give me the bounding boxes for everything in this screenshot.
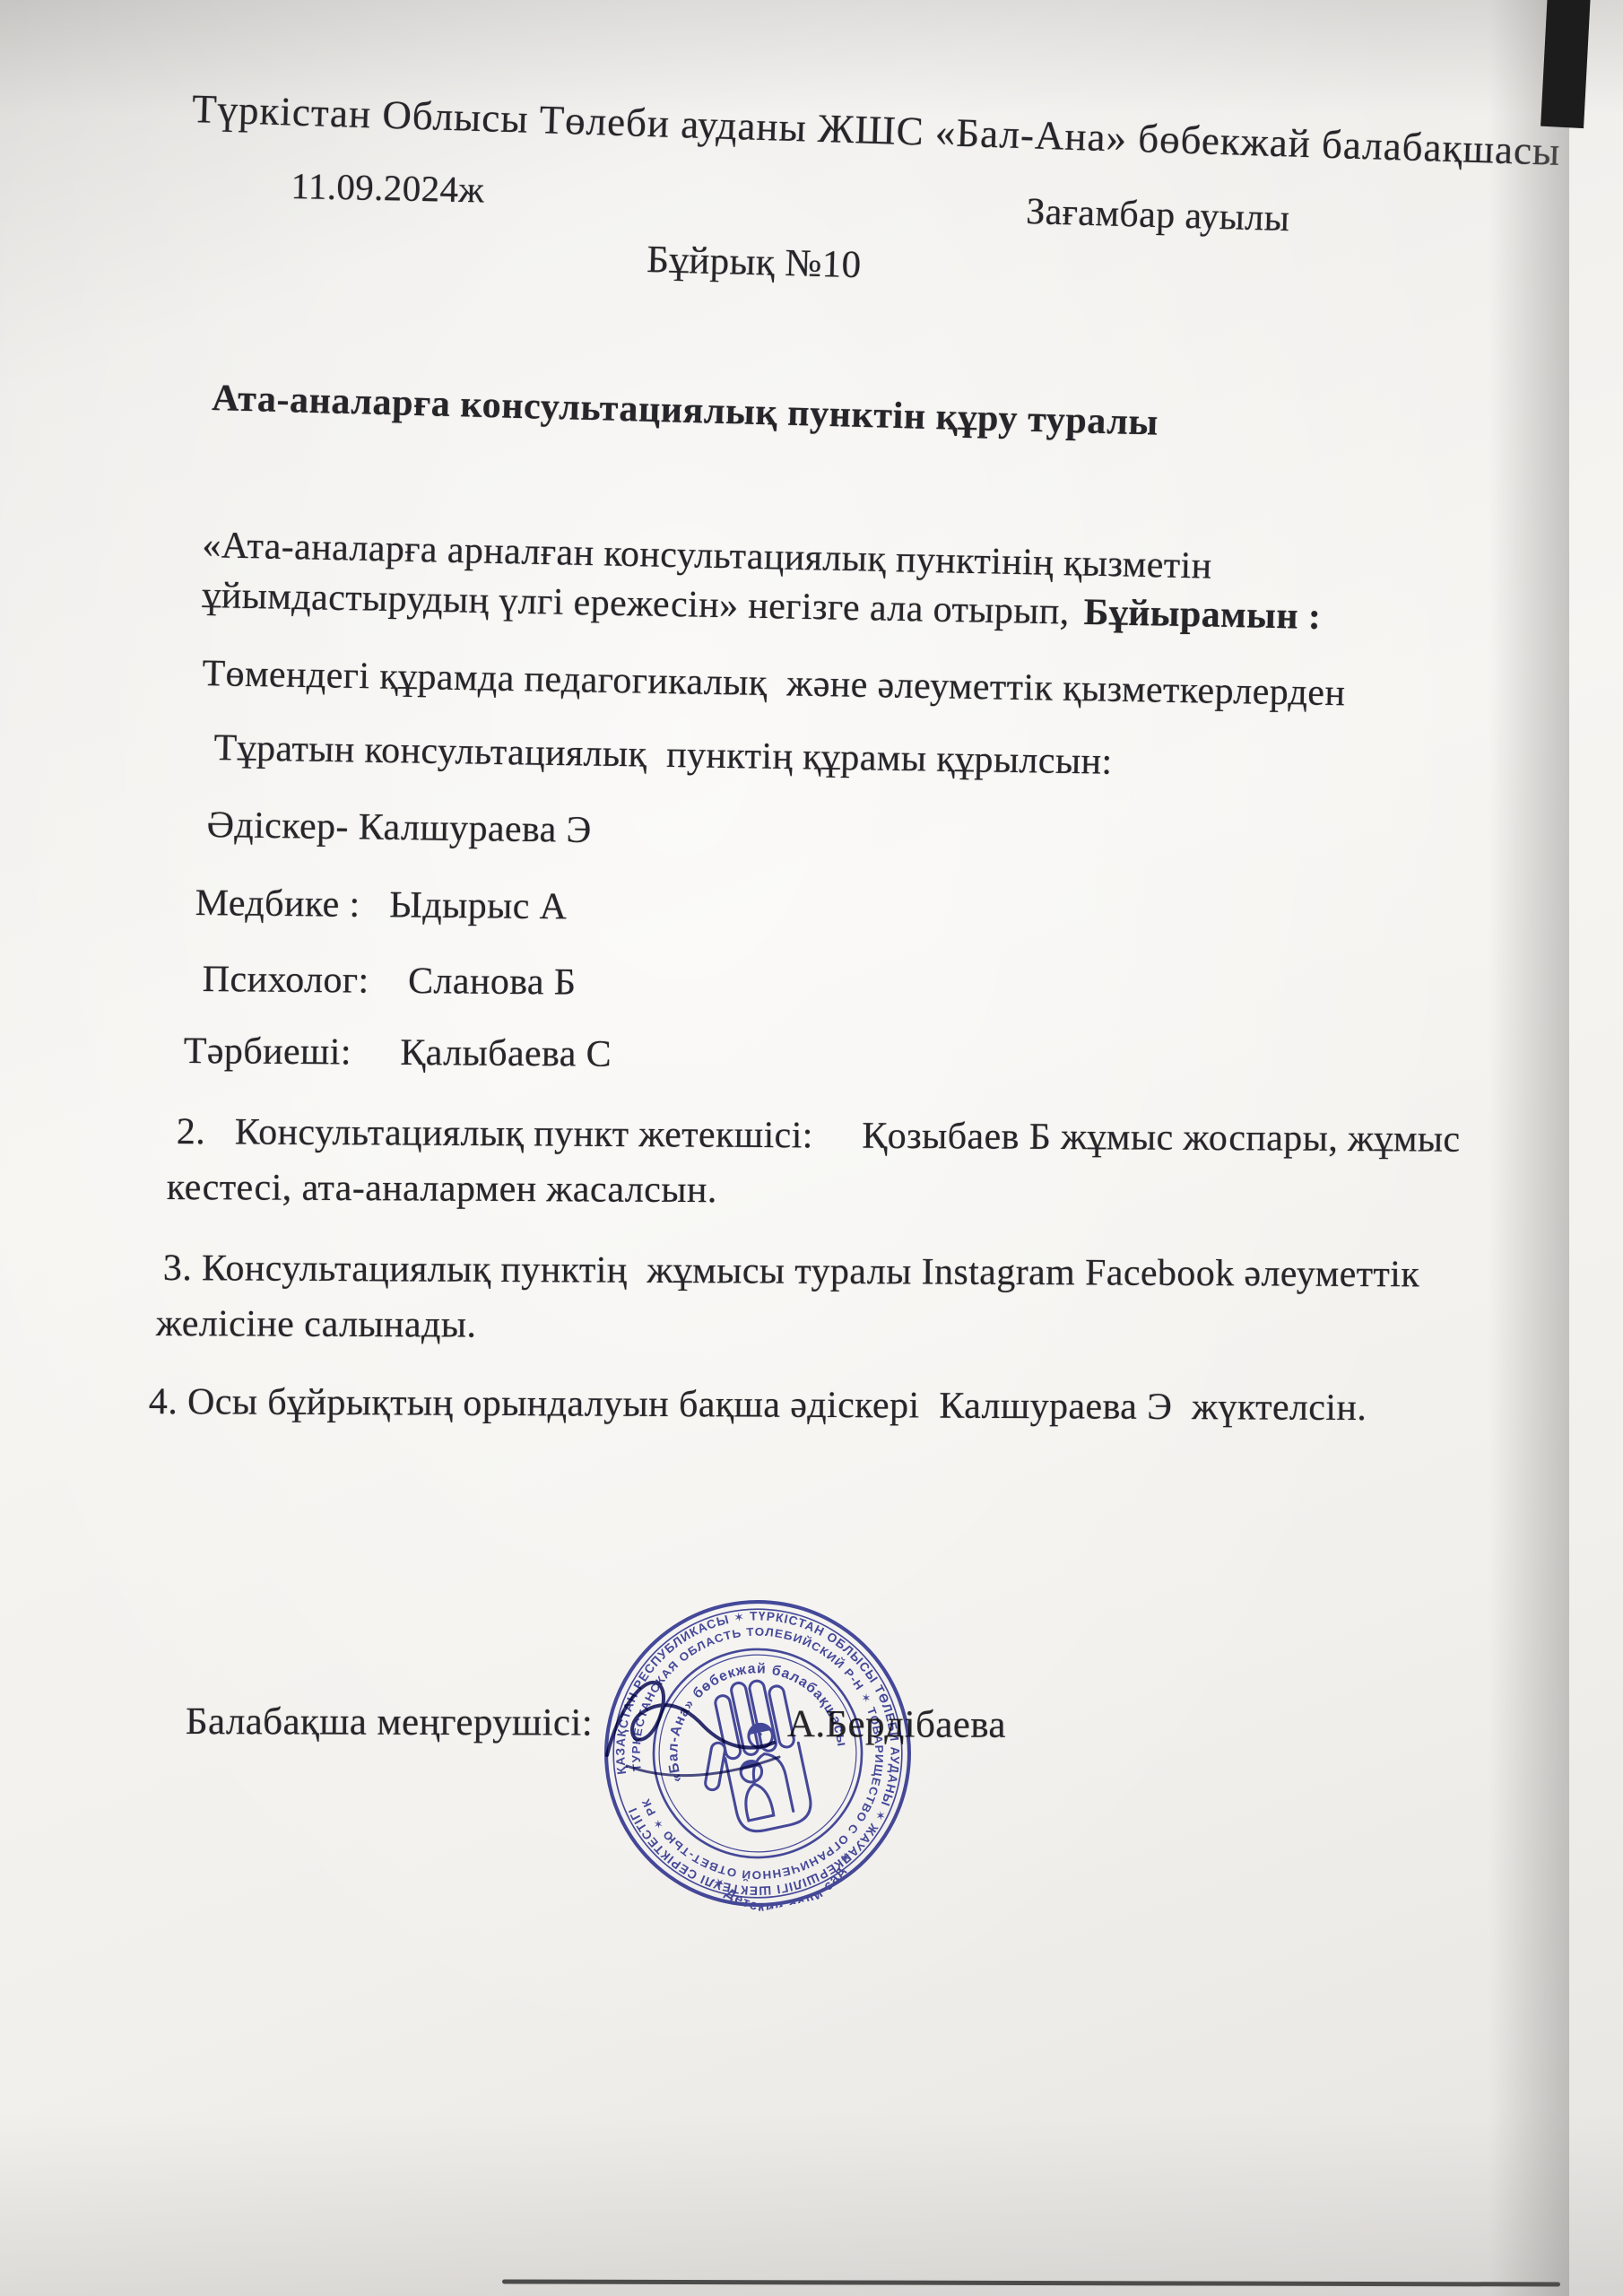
item3-line-1: 3. Консультациялық пунктің жұмысы туралы… xyxy=(163,1247,1419,1296)
item3-line-2: желісіне салынады. xyxy=(156,1302,477,1347)
item4-line: 4. Осы бұйрықтың орындалуын бақша әдіске… xyxy=(149,1380,1367,1430)
scan-corner-artifact xyxy=(1541,0,1591,128)
staff-nurse: Медбике : Ыдырыс А xyxy=(195,882,567,928)
staff-psychologist: Психолог: Сланова Б xyxy=(203,958,577,1004)
order-word: Бұйырамын : xyxy=(1083,592,1321,638)
scan-edge-shadow-soft xyxy=(1488,0,1569,2296)
item2-line-1: 2. Консультациялық пункт жетекшісі: Қозы… xyxy=(177,1110,1461,1161)
scanned-document-page: Түркістан Облысы Төлеби ауданы ЖШС «Бал-… xyxy=(0,0,1623,2296)
item2-line-2: кестесі, ата-аналармен жасалсын. xyxy=(167,1166,717,1212)
staff-methodist: Әдіскер- Калшураева Э xyxy=(206,804,592,852)
handwritten-signature xyxy=(587,1655,847,1807)
order-number: Бұйрық №10 xyxy=(647,238,862,287)
order-subject: Ата-аналарға консультациялық пунктін құр… xyxy=(212,377,1159,445)
scan-edge-strip xyxy=(1564,0,1623,2296)
preamble-line-2-text: ұйымдастырудың үлгі ережесін» негізге ал… xyxy=(202,575,1070,633)
scan-bottom-edge-line xyxy=(502,2279,1560,2286)
item1-line-1: Төмендегі құрамда педагогикалық және әле… xyxy=(202,652,1346,715)
item1-line-2: Тұратын консультациялық пунктің құрамы қ… xyxy=(213,726,1113,784)
order-date: 11.09.2024ж xyxy=(291,164,485,212)
village-name: Зағамбар ауылы xyxy=(1026,190,1290,240)
org-header: Түркістан Облысы Төлеби ауданы ЖШС «Бал-… xyxy=(191,85,1561,175)
staff-educator: Тәрбиеші: Қалыбаева С xyxy=(184,1030,612,1076)
signature-label: Балабақша меңгерушісі: xyxy=(186,1700,593,1745)
